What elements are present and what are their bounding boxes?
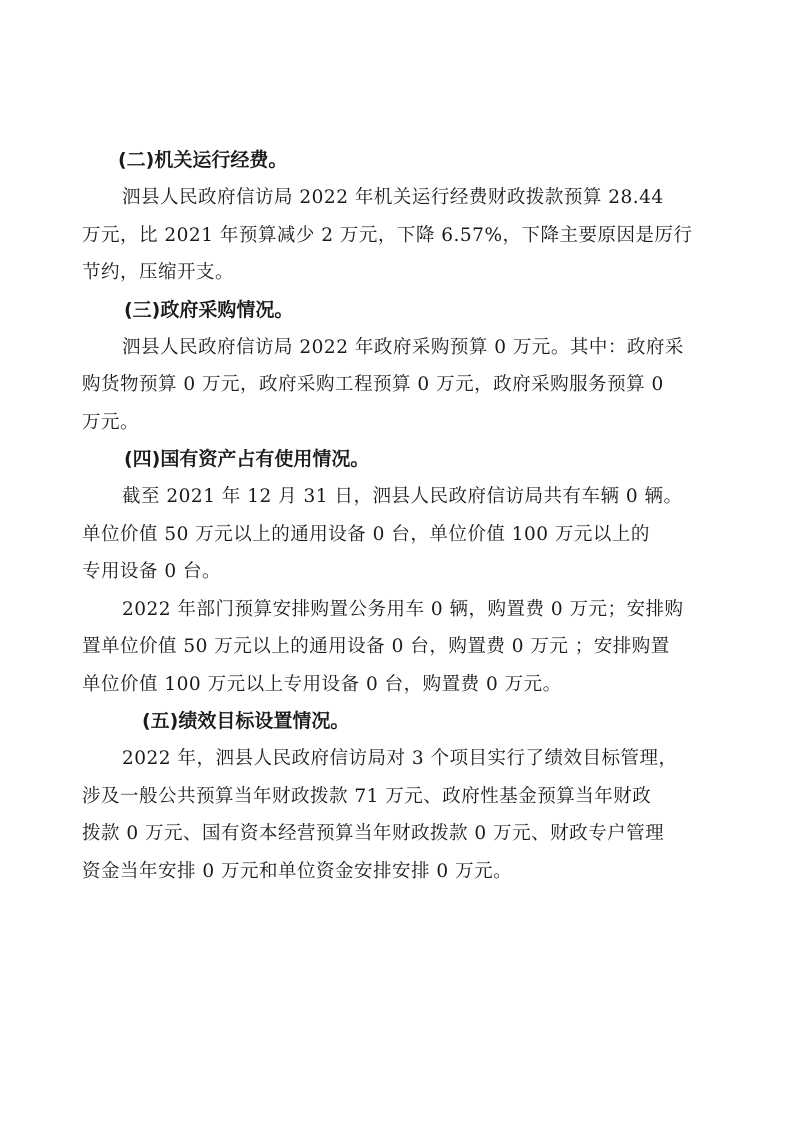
text-line: 涉及一般公共预算当年财政拨款 71 万元、政府性基金预算当年财政 (82, 778, 722, 816)
text-line: 购货物预算 0 万元，政府采购工程预算 0 万元，政府采购服务预算 0 (82, 366, 722, 404)
document-page: (二)机关运行经费。 泗县人民政府信访局 2022 年机关运行经费财政拨款预算 … (82, 142, 722, 890)
text-line: 截至 2021 年 12 月 31 日，泗县人民政府信访局共有车辆 0 辆。 (82, 478, 722, 516)
section-heading: (二)机关运行经费。 (82, 142, 722, 179)
text-line: 泗县人民政府信访局 2022 年政府采购预算 0 万元。其中：政府采 (82, 329, 722, 367)
section-heading: (四)国有资产占有使用情况。 (82, 441, 722, 478)
text-line: 专用设备 0 台。 (82, 553, 722, 591)
section-heading: (三)政府采购情况。 (82, 292, 722, 329)
text-line: 单位价值 50 万元以上的通用设备 0 台，单位价值 100 万元以上的 (82, 516, 722, 554)
text-line: 拨款 0 万元、国有资本经营预算当年财政拨款 0 万元、财政专户管理 (82, 815, 722, 853)
text-line: 万元。 (82, 404, 722, 442)
paragraph: 泗县人民政府信访局 2022 年政府采购预算 0 万元。其中：政府采 购货物预算… (82, 329, 722, 442)
paragraph: 2022 年，泗县人民政府信访局对 3 个项目实行了绩效目标管理， 涉及一般公共… (82, 740, 722, 890)
section-operating-expenses: (二)机关运行经费。 泗县人民政府信访局 2022 年机关运行经费财政拨款预算 … (82, 142, 722, 292)
text-line: 2022 年部门预算安排购置公务用车 0 辆，购置费 0 万元；安排购 (82, 591, 722, 629)
text-line: 万元，比 2021 年预算减少 2 万元，下降 6.57%，下降主要原因是厉行 (82, 217, 722, 255)
text-line: 泗县人民政府信访局 2022 年机关运行经费财政拨款预算 28.44 (82, 179, 722, 217)
paragraph: 截至 2021 年 12 月 31 日，泗县人民政府信访局共有车辆 0 辆。 单… (82, 478, 722, 591)
section-government-procurement: (三)政府采购情况。 泗县人民政府信访局 2022 年政府采购预算 0 万元。其… (82, 292, 722, 442)
paragraph: 泗县人民政府信访局 2022 年机关运行经费财政拨款预算 28.44 万元，比 … (82, 179, 722, 292)
section-heading: (五)绩效目标设置情况。 (82, 703, 722, 740)
text-line: 单位价值 100 万元以上专用设备 0 台，购置费 0 万元。 (82, 666, 722, 704)
text-line: 节约，压缩开支。 (82, 254, 722, 292)
section-state-assets: (四)国有资产占有使用情况。 截至 2021 年 12 月 31 日，泗县人民政… (82, 441, 722, 703)
section-performance-targets: (五)绩效目标设置情况。 2022 年，泗县人民政府信访局对 3 个项目实行了绩… (82, 703, 722, 890)
text-line: 资金当年安排 0 万元和单位资金安排安排 0 万元。 (82, 853, 722, 891)
paragraph: 2022 年部门预算安排购置公务用车 0 辆，购置费 0 万元；安排购 置单位价… (82, 591, 722, 704)
text-line: 置单位价值 50 万元以上的通用设备 0 台，购置费 0 万元 ；安排购置 (82, 628, 722, 666)
text-line: 2022 年，泗县人民政府信访局对 3 个项目实行了绩效目标管理， (82, 740, 722, 778)
